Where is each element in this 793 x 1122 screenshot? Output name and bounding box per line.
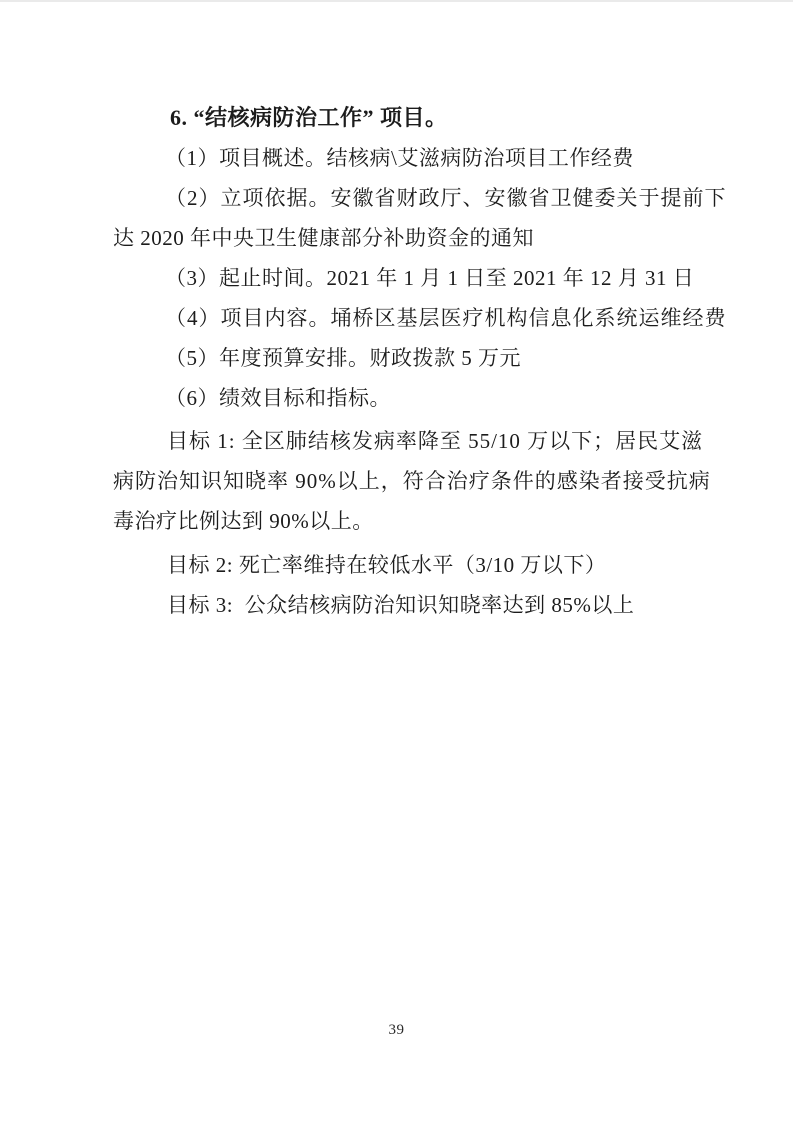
goal-line: 目标 2: 死亡率维持在较低水平（3/10 万以下） [113,545,697,585]
goal-line: 病防治知识知晓率 90%以上，符合治疗条件的感染者接受抗病 [113,461,697,501]
goal-line: 目标 3: 公众结核病防治知识知晓率达到 85%以上 [113,585,697,625]
body-line: （1）项目概述。结核病\艾滋病防治项目工作经费 [113,138,697,178]
document-page: 6. “结核病防治工作” 项目。 （1）项目概述。结核病\艾滋病防治项目工作经费… [0,0,793,1122]
page-top-edge [0,0,793,2]
body-line: （2）立项依据。安徽省财政厅、安徽省卫健委关于提前下 [113,178,697,218]
document-body: 6. “结核病防治工作” 项目。 （1）项目概述。结核病\艾滋病防治项目工作经费… [113,98,697,625]
body-line: 达 2020 年中央卫生健康部分补助资金的通知 [113,218,697,258]
body-line: （6）绩效目标和指标。 [113,378,697,418]
section-heading: 6. “结核病防治工作” 项目。 [113,98,697,138]
page-number: 39 [0,1020,793,1040]
goal-line: 毒治疗比例达到 90%以上。 [113,501,697,541]
goal-line: 目标 1: 全区肺结核发病率降至 55/10 万以下；居民艾滋 [113,421,697,461]
body-line: （5）年度预算安排。财政拨款 5 万元 [113,338,697,378]
body-line: （4）项目内容。埇桥区基层医疗机构信息化系统运维经费 [113,298,697,338]
body-line: （3）起止时间。2021 年 1 月 1 日至 2021 年 12 月 31 日 [113,258,697,298]
